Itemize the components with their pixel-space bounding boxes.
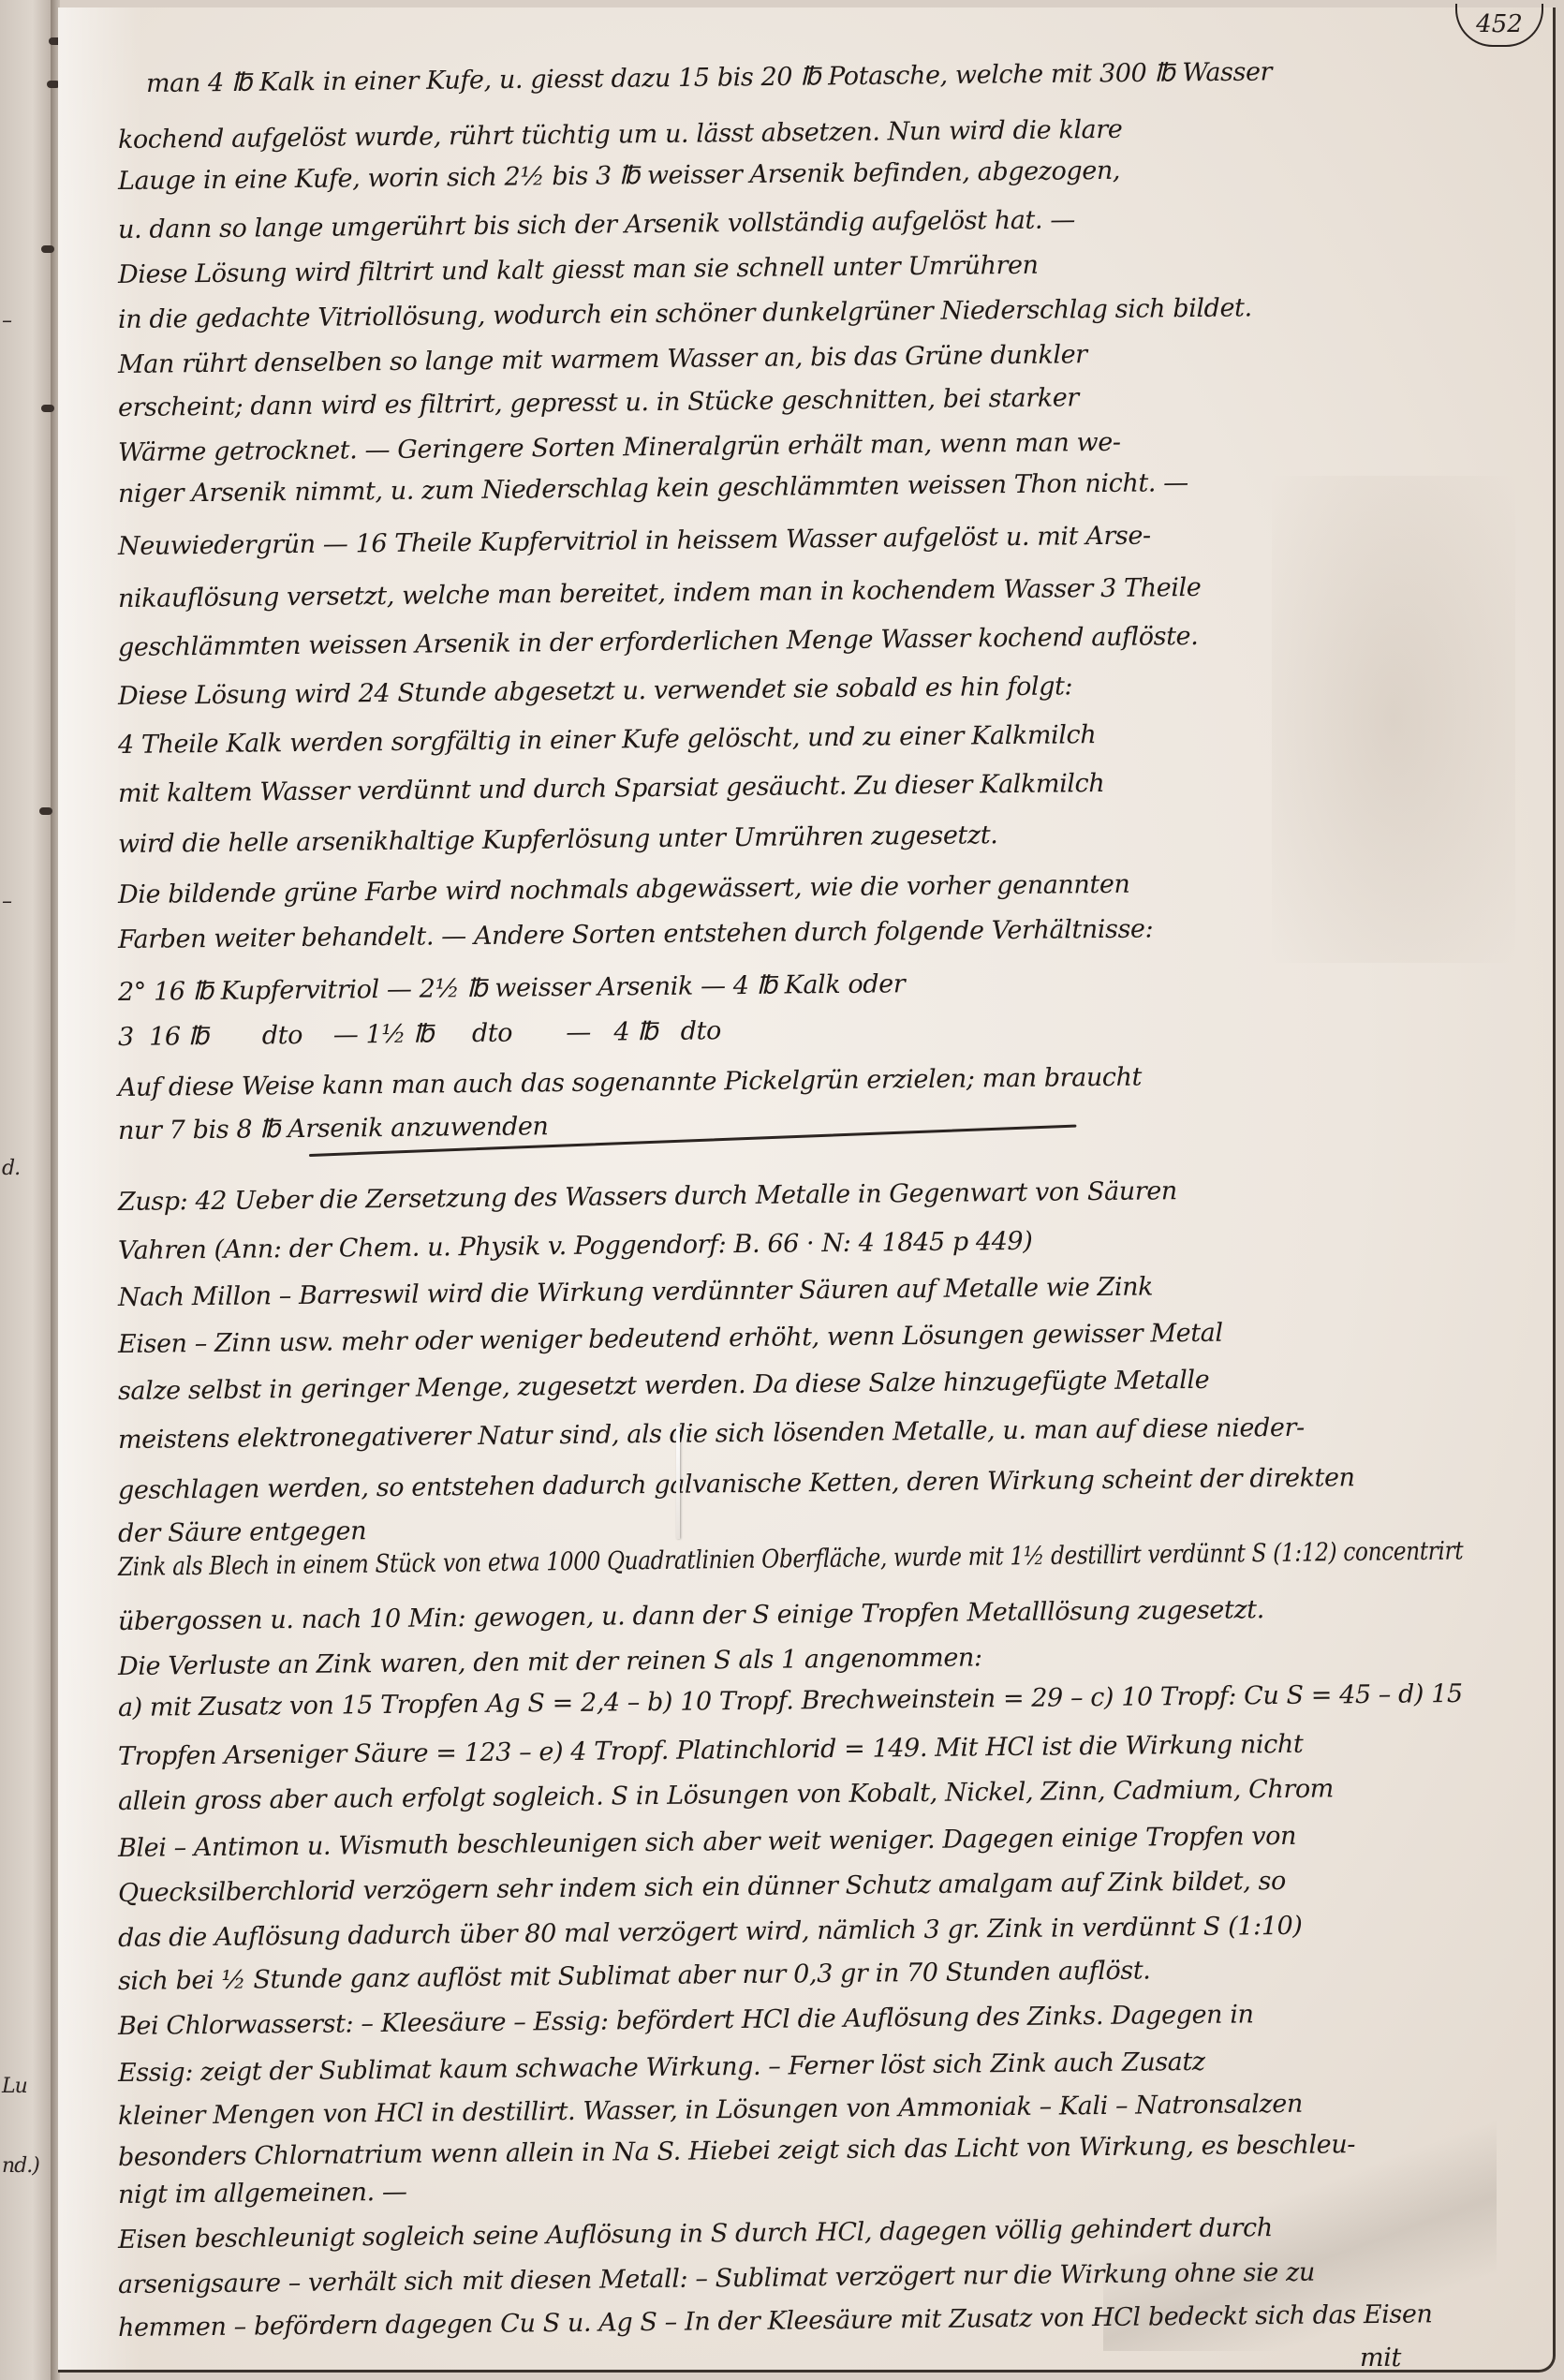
text-line: sich bei ½ Stunde ganz auflöst mit Subli…: [118, 1956, 1151, 1996]
binding-stitch: [41, 405, 54, 412]
text-line: das die Auflösung dadurch über 80 mal ve…: [118, 1912, 1303, 1953]
text-line: erscheint; dann wird es filtrirt, gepres…: [118, 383, 1079, 422]
text-line: geschlämmten weissen Arsenik in der erfo…: [118, 622, 1199, 662]
margin-fragment: –: [2, 890, 11, 913]
text-line: 4 Theile Kalk werden sorgfältig in einer…: [118, 720, 1097, 760]
binding-stitch: [41, 245, 54, 253]
text-line: nur 7 bis 8 ℔ Arsenik anzuwenden: [118, 1112, 549, 1146]
recipe-line: 2° 16 ℔ Kupfervitriol — 2½ ℔ weisser Ars…: [118, 969, 906, 1007]
margin-fragment: –: [2, 309, 11, 333]
margin-fragment: nd.): [2, 2154, 39, 2178]
text-line: Man rührt denselben so lange mit warmem …: [118, 340, 1087, 379]
text-line: in die gedachte Vitriollösung, wodurch e…: [118, 293, 1252, 334]
text-line: u. dann so lange umgerührt bis sich der …: [118, 205, 1075, 244]
recipe-line: 3 16 ℔ dto — 1½ ℔ dto — 4 ℔ dto: [118, 1016, 721, 1052]
measurement-line: a) mit Zusatz von 15 Tropfen Ag S = 2,4 …: [118, 1679, 1463, 1722]
text-line: Die bildende grüne Farbe wird nochmals a…: [118, 870, 1130, 909]
margin-fragment: d.: [2, 1157, 20, 1180]
eisen-line: Eisen beschleunigt sogleich seine Auflös…: [118, 2213, 1273, 2254]
text-line: Diese Lösung wird 24 Stunde abgesetzt u.…: [118, 672, 1072, 711]
section-neuwiedergruen: Neuwiedergrün — 16 Theile Kupfervitriol …: [118, 521, 1151, 561]
text-line: niger Arsenik nimmt, u. zum Niederschlag…: [118, 468, 1188, 509]
text-line: Farben weiter behandelt. — Andere Sorten…: [118, 914, 1154, 954]
text-line: der Säure entgegen: [118, 1516, 366, 1548]
text-line: man 4 ℔ Kalk in einer Kufe, u. giesst da…: [146, 57, 1272, 98]
measurement-line: Tropfen Arseniger Säure = 123 – e) 4 Tro…: [118, 1730, 1304, 1771]
text-line: salze selbst in geringer Menge, zugesetz…: [118, 1366, 1210, 1406]
text-line: Lauge in eine Kufe, worin sich 2½ bis 3 …: [118, 156, 1120, 196]
text-line: Eisen – Zinn usw. mehr oder weniger bede…: [118, 1319, 1223, 1359]
page-number: 452: [1455, 4, 1543, 47]
paper-tear: [676, 1427, 680, 1539]
text-line: nigt im allgemeinen. —: [118, 2178, 407, 2210]
text-line: kochend aufgelöst wurde, rührt tüchtig u…: [118, 115, 1123, 155]
catchword: mit: [1360, 2343, 1401, 2373]
text-line: Essig: zeigt der Sublimat kaum schwache …: [118, 2047, 1205, 2088]
adjacent-page-edge: – – d. Lu nd.): [0, 0, 54, 2380]
scanned-notebook: – – d. Lu nd.) 452 man 4 ℔ Kalk in einer…: [0, 0, 1564, 2380]
text-line: Wärme getrocknet. — Geringere Sorten Min…: [118, 428, 1121, 467]
text-line: Auf diese Weise kann man auch das sogena…: [118, 1063, 1142, 1102]
binding-stitch: [39, 807, 52, 815]
text-line: wird die helle arsenikhaltige Kupferlösu…: [118, 820, 998, 859]
text-line: Die Verluste an Zink waren, den mit der …: [118, 1643, 982, 1681]
text-line: Quecksilberchlorid verzögern sehr indem …: [118, 1867, 1286, 1908]
text-line: geschlagen werden, so entstehen dadurch …: [118, 1463, 1355, 1505]
text-line: allein gross aber auch erfolgt sogleich.…: [118, 1774, 1334, 1816]
section-zusp-42: Zusp: 42 Ueber die Zersetzung des Wasser…: [118, 1176, 1177, 1217]
text-line: mit kaltem Wasser verdünnt und durch Spa…: [118, 769, 1105, 808]
text-line: Nach Millon – Barreswil wird die Wirkung…: [118, 1272, 1153, 1312]
text-line: Blei – Antimon u. Wismuth beschleunigen …: [118, 1822, 1296, 1863]
text-line: übergossen u. nach 10 Min: gewogen, u. d…: [118, 1595, 1264, 1636]
citation-line: Vahren (Ann: der Chem. u. Physik v. Pogg…: [118, 1227, 1033, 1265]
text-line: Bei Chlorwasserst: – Kleesäure – Essig: …: [118, 2000, 1254, 2041]
margin-fragment: Lu: [2, 2075, 27, 2098]
paper-stain: [1272, 476, 1515, 963]
text-line: Diese Lösung wird filtrirt und kalt gies…: [118, 251, 1039, 289]
text-line: nikauflösung versetzt, welche man bereit…: [118, 573, 1202, 613]
text-line: meistens elektronegativerer Natur sind, …: [118, 1413, 1305, 1455]
notebook-page: 452 man 4 ℔ Kalk in einer Kufe, u. giess…: [58, 7, 1556, 2373]
